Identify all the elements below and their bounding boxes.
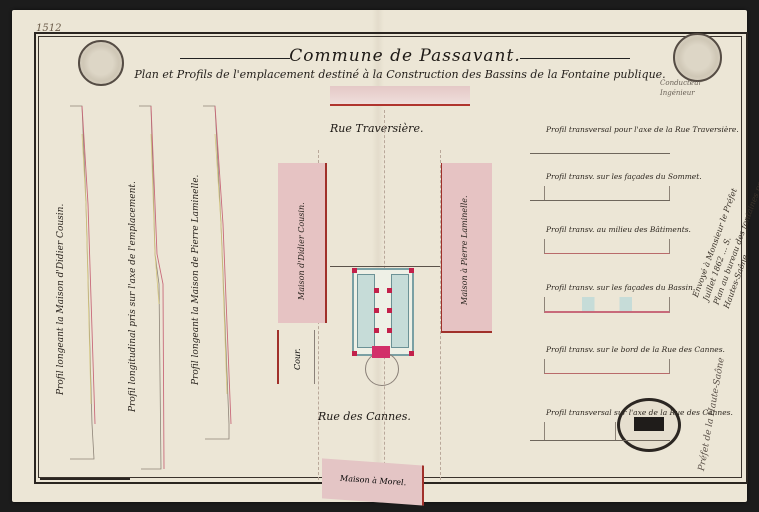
commune-seal-icon	[78, 40, 124, 86]
basin-right	[391, 274, 409, 348]
building-maison-morel: Maison à Morel.	[322, 458, 424, 505]
profile-right-4-label: Profil transv. sur les façades du Bassin…	[546, 283, 695, 292]
profile-section	[544, 359, 670, 374]
pier-icon	[374, 288, 379, 293]
frame-bottom-left	[40, 478, 130, 480]
profile-left-1-label: Profil longeant la Maison d'Didier Cousi…	[56, 204, 66, 395]
profile-left-2	[133, 104, 171, 474]
pier-icon	[387, 288, 392, 293]
pier-icon	[352, 268, 357, 273]
profile-left-3-label: Profil longeant la Maison de Pierre Lami…	[191, 175, 201, 385]
profile-left-3	[197, 104, 235, 474]
municipal-seal-icon	[673, 33, 722, 82]
profile-section	[544, 239, 670, 254]
building-label-left: Maison d'Didier Cousin.	[297, 202, 306, 300]
pier-icon	[387, 308, 392, 313]
building-label-right: Maison à Pierre Laminelle.	[460, 195, 469, 305]
pier-icon	[409, 268, 414, 273]
courtyard: Cour.	[277, 330, 315, 384]
profile-baseline	[530, 153, 670, 154]
profile-baseline	[530, 440, 670, 441]
profile-right-6-label: Profil transversal sur l'axe de la Rue d…	[546, 408, 733, 417]
courtyard-label: Cour.	[293, 348, 302, 370]
profile-section	[544, 186, 670, 201]
upper-building-strip	[330, 86, 470, 106]
top-right-note: Conducteur Ingénieur	[660, 78, 702, 98]
profile-left-1	[62, 104, 100, 474]
document-subtitle: Plan et Profils de l'emplacement destiné…	[130, 68, 670, 81]
profile-right-2-label: Profil transv. sur les façades du Sommet…	[546, 172, 702, 181]
profile-right-1-label: Profil transversal pour l'axe de la Rue …	[546, 125, 739, 134]
profile-section	[544, 422, 616, 441]
pier-icon	[374, 328, 379, 333]
plan-boundary-line	[330, 266, 440, 267]
document-title: Commune de Passavant.	[180, 46, 630, 66]
basin-left	[357, 274, 375, 348]
profile-left-2-label: Profil longitudinal pris sur l'axe de l'…	[128, 181, 138, 412]
profile-baseline	[530, 200, 670, 201]
pier-icon	[387, 328, 392, 333]
profile-right-5-label: Profil transv. sur le bord de la Rue des…	[546, 345, 725, 354]
profile-section	[544, 297, 670, 313]
pier-icon	[352, 351, 357, 356]
pier-icon	[409, 351, 414, 356]
pier-icon	[374, 308, 379, 313]
note-line: Conducteur	[660, 78, 702, 88]
street-label-rue-traversiere: Rue Traversière.	[330, 122, 423, 135]
note-line: Ingénieur	[660, 88, 702, 98]
profile-right-3-label: Profil transv. au milieu des Bâtiments.	[546, 225, 691, 234]
archives-stamp-icon	[617, 398, 681, 452]
street-label-rue-des-cannes: Rue des Cannes.	[318, 410, 411, 423]
building-label-bottom: Maison à Morel.	[340, 474, 406, 488]
fountain-head	[372, 346, 390, 358]
fountain-basins	[352, 268, 414, 356]
